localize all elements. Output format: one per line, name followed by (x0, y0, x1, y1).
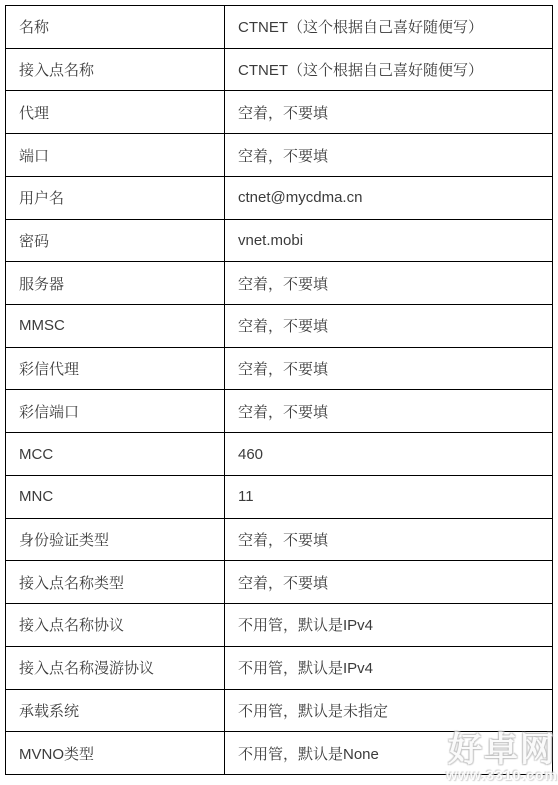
field-label: 彩信端口 (6, 390, 225, 433)
field-label: 服务器 (6, 262, 225, 305)
table-row: 接入点名称漫游协议 不用管，默认是IPv4 (6, 646, 553, 689)
field-value: CTNET（这个根据自己喜好随便写） (225, 6, 553, 49)
field-value: 空着，不要填 (225, 91, 553, 134)
table-row: 代理 空着，不要填 (6, 91, 553, 134)
table-row: 接入点名称 CTNET（这个根据自己喜好随便写） (6, 48, 553, 91)
field-value: 空着，不要填 (225, 518, 553, 561)
table-row: 身份验证类型 空着，不要填 (6, 518, 553, 561)
table-row: MCC 460 (6, 433, 553, 476)
field-value: 空着，不要填 (225, 347, 553, 390)
table-row: 端口 空着，不要填 (6, 134, 553, 177)
field-value: 不用管，默认是None (225, 732, 553, 775)
table-row: 承载系统 不用管，默认是未指定 (6, 689, 553, 732)
field-value: 不用管，默认是IPv4 (225, 604, 553, 647)
table-row: MNC 11 (6, 475, 553, 518)
field-label: 接入点名称 (6, 48, 225, 91)
field-value: 不用管，默认是未指定 (225, 689, 553, 732)
field-label: 身份验证类型 (6, 518, 225, 561)
field-value: 空着，不要填 (225, 561, 553, 604)
field-value: ctnet@mycdma.cn (225, 176, 553, 219)
field-value: 空着，不要填 (225, 305, 553, 348)
field-value: 460 (225, 433, 553, 476)
field-label: 密码 (6, 219, 225, 262)
field-label: 接入点名称类型 (6, 561, 225, 604)
field-value: 空着，不要填 (225, 390, 553, 433)
field-value: vnet.mobi (225, 219, 553, 262)
field-label: MMSC (6, 305, 225, 348)
field-label: 接入点名称漫游协议 (6, 646, 225, 689)
field-value: 11 (225, 475, 553, 518)
field-value: CTNET（这个根据自己喜好随便写） (225, 48, 553, 91)
table-row: 服务器 空着，不要填 (6, 262, 553, 305)
field-label: 彩信代理 (6, 347, 225, 390)
table-row: 名称 CTNET（这个根据自己喜好随便写） (6, 6, 553, 49)
field-label: 代理 (6, 91, 225, 134)
field-value: 不用管，默认是IPv4 (225, 646, 553, 689)
field-value: 空着，不要填 (225, 262, 553, 305)
field-label: MVNO类型 (6, 732, 225, 775)
field-label: MNC (6, 475, 225, 518)
field-label: 承载系统 (6, 689, 225, 732)
field-label: 名称 (6, 6, 225, 49)
field-label: MCC (6, 433, 225, 476)
table-row: 接入点名称类型 空着，不要填 (6, 561, 553, 604)
field-label: 用户名 (6, 176, 225, 219)
field-value: 空着，不要填 (225, 134, 553, 177)
table-row: 密码 vnet.mobi (6, 219, 553, 262)
table-row: 接入点名称协议 不用管，默认是IPv4 (6, 604, 553, 647)
table-row: MVNO类型 不用管，默认是None (6, 732, 553, 775)
field-label: 端口 (6, 134, 225, 177)
table-row: 用户名 ctnet@mycdma.cn (6, 176, 553, 219)
table-row: 彩信端口 空着，不要填 (6, 390, 553, 433)
table-row: 彩信代理 空着，不要填 (6, 347, 553, 390)
field-label: 接入点名称协议 (6, 604, 225, 647)
apn-settings-table: 名称 CTNET（这个根据自己喜好随便写） 接入点名称 CTNET（这个根据自己… (5, 5, 553, 775)
table-row: MMSC 空着，不要填 (6, 305, 553, 348)
